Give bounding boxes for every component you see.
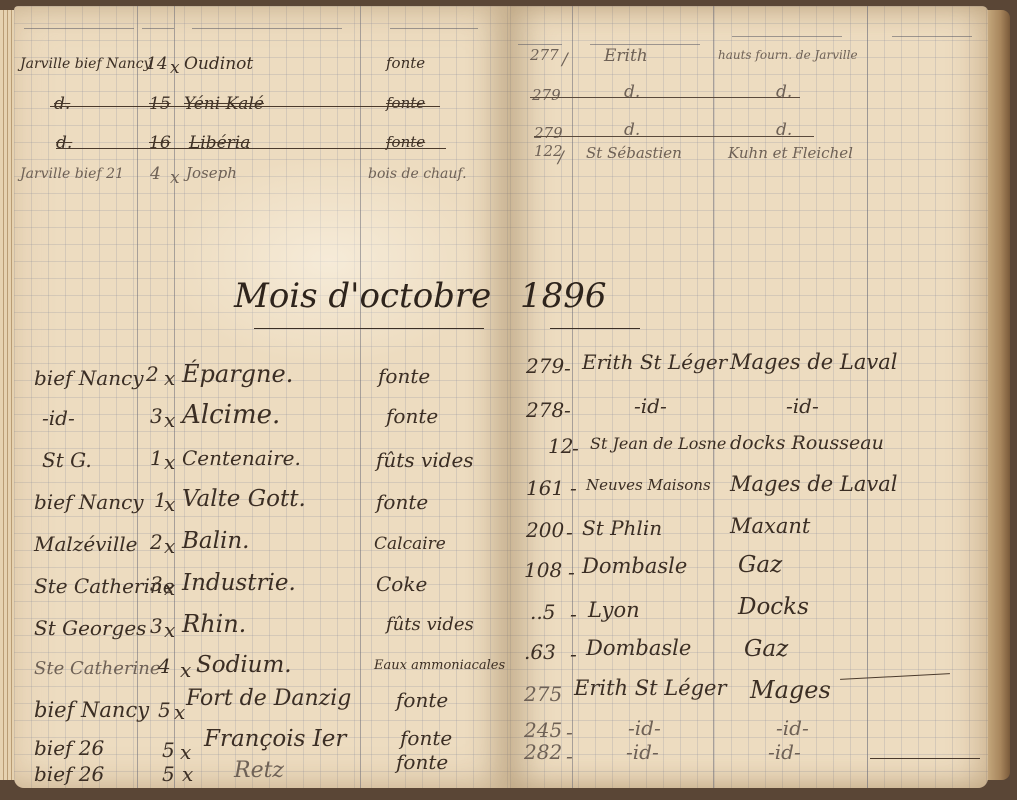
check-mark: x [164, 450, 175, 474]
origin: bief Nancy [34, 490, 144, 514]
number: 161 [526, 476, 564, 500]
check-mark: x [164, 576, 175, 600]
boat-name: Alcime. [182, 400, 280, 430]
cargo: fonte [396, 750, 448, 774]
paper-stain [164, 156, 494, 366]
dash-mark: - [566, 720, 573, 744]
count: 3 [150, 614, 163, 638]
column-rule [713, 6, 714, 788]
cargo: fonte [386, 94, 425, 112]
right-page: 277 / Erith hauts fourn. de Jarville 279… [510, 6, 988, 788]
boat-name: Yéni Kalé [184, 94, 264, 114]
count: 3 [150, 572, 163, 596]
origin: St G. [42, 448, 92, 472]
number: 278 [526, 398, 564, 422]
number: 282 [524, 740, 562, 764]
closing-rule [870, 758, 980, 759]
consignee: docks Rousseau [730, 432, 884, 454]
cargo: fonte [386, 54, 425, 72]
boat-name: Centenaire. [182, 446, 301, 470]
column-rule [360, 6, 361, 788]
place: St Jean de Losne [590, 434, 726, 453]
dash-mark: - [564, 398, 571, 422]
heading-underline [550, 328, 640, 329]
tick-mark: / [558, 148, 564, 168]
number: 275 [524, 682, 562, 706]
left-page: Jarville bief Nancy 14 x Oudinot fonte d… [14, 6, 510, 788]
number: 279 [534, 124, 563, 142]
place: Erith [604, 46, 648, 66]
cargo: Calcaire [374, 534, 446, 554]
strike-line [50, 106, 440, 107]
count: 1 [150, 446, 163, 470]
boat-name: Balin. [182, 528, 249, 554]
consignee: -id- [786, 394, 819, 418]
consignee: hauts fourn. de Jarville [718, 48, 858, 62]
dash-mark: - [572, 436, 579, 460]
count: 4 [150, 164, 161, 184]
origin: d. [54, 94, 70, 114]
number: 279 [526, 354, 564, 378]
origin: Malzéville [34, 532, 138, 556]
boat-name: Joseph [186, 164, 237, 182]
number: .63 [524, 640, 556, 664]
cargo: Eaux ammoniacales [374, 658, 505, 673]
origin: bief 26 [34, 762, 104, 786]
number: 12 [548, 434, 573, 458]
column-rule [572, 6, 573, 788]
consignee: Mages de Laval [730, 350, 897, 374]
count: 2 [150, 530, 163, 554]
cargo: fonte [396, 688, 448, 712]
dash-mark: - [566, 520, 573, 544]
origin: Jarville bief Nancy [20, 56, 151, 72]
consignee: d. [776, 82, 792, 102]
dash-mark: - [566, 744, 573, 768]
cargo: Coke [376, 572, 427, 596]
check-mark: x [164, 534, 175, 558]
consignee: Mages [750, 676, 831, 704]
boat-name: Rhin. [182, 610, 246, 638]
number: ..5 [530, 600, 555, 624]
check-mark: x [182, 762, 193, 786]
place: Erith St Léger [582, 350, 727, 374]
origin: bief 26 [34, 736, 104, 760]
strike-line [56, 148, 446, 149]
strike-line [530, 97, 800, 98]
header-rule [192, 28, 342, 29]
consignee: -id- [776, 716, 809, 740]
cargo: fûts vides [376, 448, 474, 472]
heading-underline [254, 328, 484, 329]
fill-line [840, 673, 950, 680]
place: Dombasle [582, 554, 687, 578]
dash-mark: - [570, 476, 577, 500]
header-rule [142, 28, 174, 29]
number: 279 [532, 86, 561, 104]
check-mark: x [164, 408, 175, 432]
place: Erith St Léger [574, 676, 727, 700]
dash-mark: - [564, 356, 571, 380]
boat-name: Industrie. [182, 570, 296, 596]
count: 5 [162, 738, 175, 762]
check-mark: x [170, 168, 180, 188]
check-mark: x [180, 740, 191, 764]
tick-mark: / [562, 50, 568, 70]
origin: bief Nancy [34, 698, 149, 722]
place: St Sébastien [586, 144, 682, 162]
origin: Jarville bief 21 [20, 166, 124, 182]
boat-name: François Ier [204, 726, 346, 752]
consignee: Docks [738, 594, 809, 620]
header-rule [24, 28, 134, 29]
place: Dombasle [586, 636, 691, 660]
cargo: fonte [376, 490, 428, 514]
consignee: Gaz [738, 552, 782, 578]
origin: -id- [42, 406, 75, 430]
place: d. [624, 82, 640, 102]
cargo: bois de chauf. [368, 166, 467, 182]
count: 3 [150, 404, 163, 428]
dash-mark: - [570, 642, 577, 666]
boat-name: Fort de Danzig [186, 686, 351, 711]
cargo: fonte [378, 364, 430, 388]
origin: Ste Catherine [34, 658, 161, 679]
boat-name: Oudinot [184, 54, 253, 74]
place: -id- [634, 394, 667, 418]
count: 5 [158, 698, 171, 722]
consignee: Mages de Laval [730, 472, 897, 496]
cargo: fonte [386, 404, 438, 428]
page-edges-right [986, 10, 1010, 780]
consignee: -id- [768, 740, 801, 764]
column-rule [174, 6, 175, 788]
check-mark: x [174, 700, 185, 724]
number: 108 [524, 558, 562, 582]
origin: bief Nancy [34, 366, 144, 390]
column-rule [867, 6, 868, 788]
count: 4 [158, 654, 171, 678]
count: 5 [162, 762, 175, 786]
place: Lyon [588, 598, 640, 622]
boat-name: Sodium. [196, 652, 292, 678]
header-rule [390, 28, 478, 29]
header-rule [892, 36, 972, 37]
boat-name: Libéria [189, 133, 250, 153]
check-mark: x [164, 366, 175, 390]
boat-name: Retz [234, 758, 284, 783]
check-mark: x [164, 618, 175, 642]
consignee: d. [776, 120, 792, 140]
count: 16 [149, 133, 171, 153]
origin: d. [56, 133, 72, 153]
origin: St Georges [34, 616, 146, 640]
strike-line [534, 136, 814, 137]
header-rule [590, 44, 700, 45]
dash-mark: - [570, 602, 577, 626]
year-heading: 1896 [520, 276, 607, 316]
header-rule [732, 36, 842, 37]
header-rule [518, 44, 562, 45]
boat-name: Épargne. [182, 360, 293, 388]
consignee: Maxant [730, 514, 810, 538]
place: Neuves Maisons [586, 476, 711, 494]
number: 245 [524, 718, 562, 742]
place: St Phlin [582, 516, 662, 540]
cargo: fonte [400, 726, 452, 750]
place: -id- [628, 716, 661, 740]
count: 15 [149, 94, 171, 114]
check-mark: x [180, 658, 191, 682]
consignee: Gaz [744, 636, 788, 662]
check-mark: x [164, 492, 175, 516]
dash-mark: - [568, 560, 575, 584]
number: 200 [526, 518, 564, 542]
check-mark: x [170, 58, 180, 78]
consignee: Kuhn et Fleichel [728, 144, 853, 162]
cargo: fûts vides [386, 614, 474, 635]
count: 14 [146, 54, 168, 74]
boat-name: Valte Gott. [182, 486, 306, 512]
month-heading: Mois d'octobre [234, 276, 491, 316]
count: 2 [146, 362, 159, 386]
number: 277 [530, 46, 559, 64]
place: -id- [626, 740, 659, 764]
place: d. [624, 120, 640, 140]
notebook-photo: Jarville bief Nancy 14 x Oudinot fonte d… [0, 0, 1017, 800]
